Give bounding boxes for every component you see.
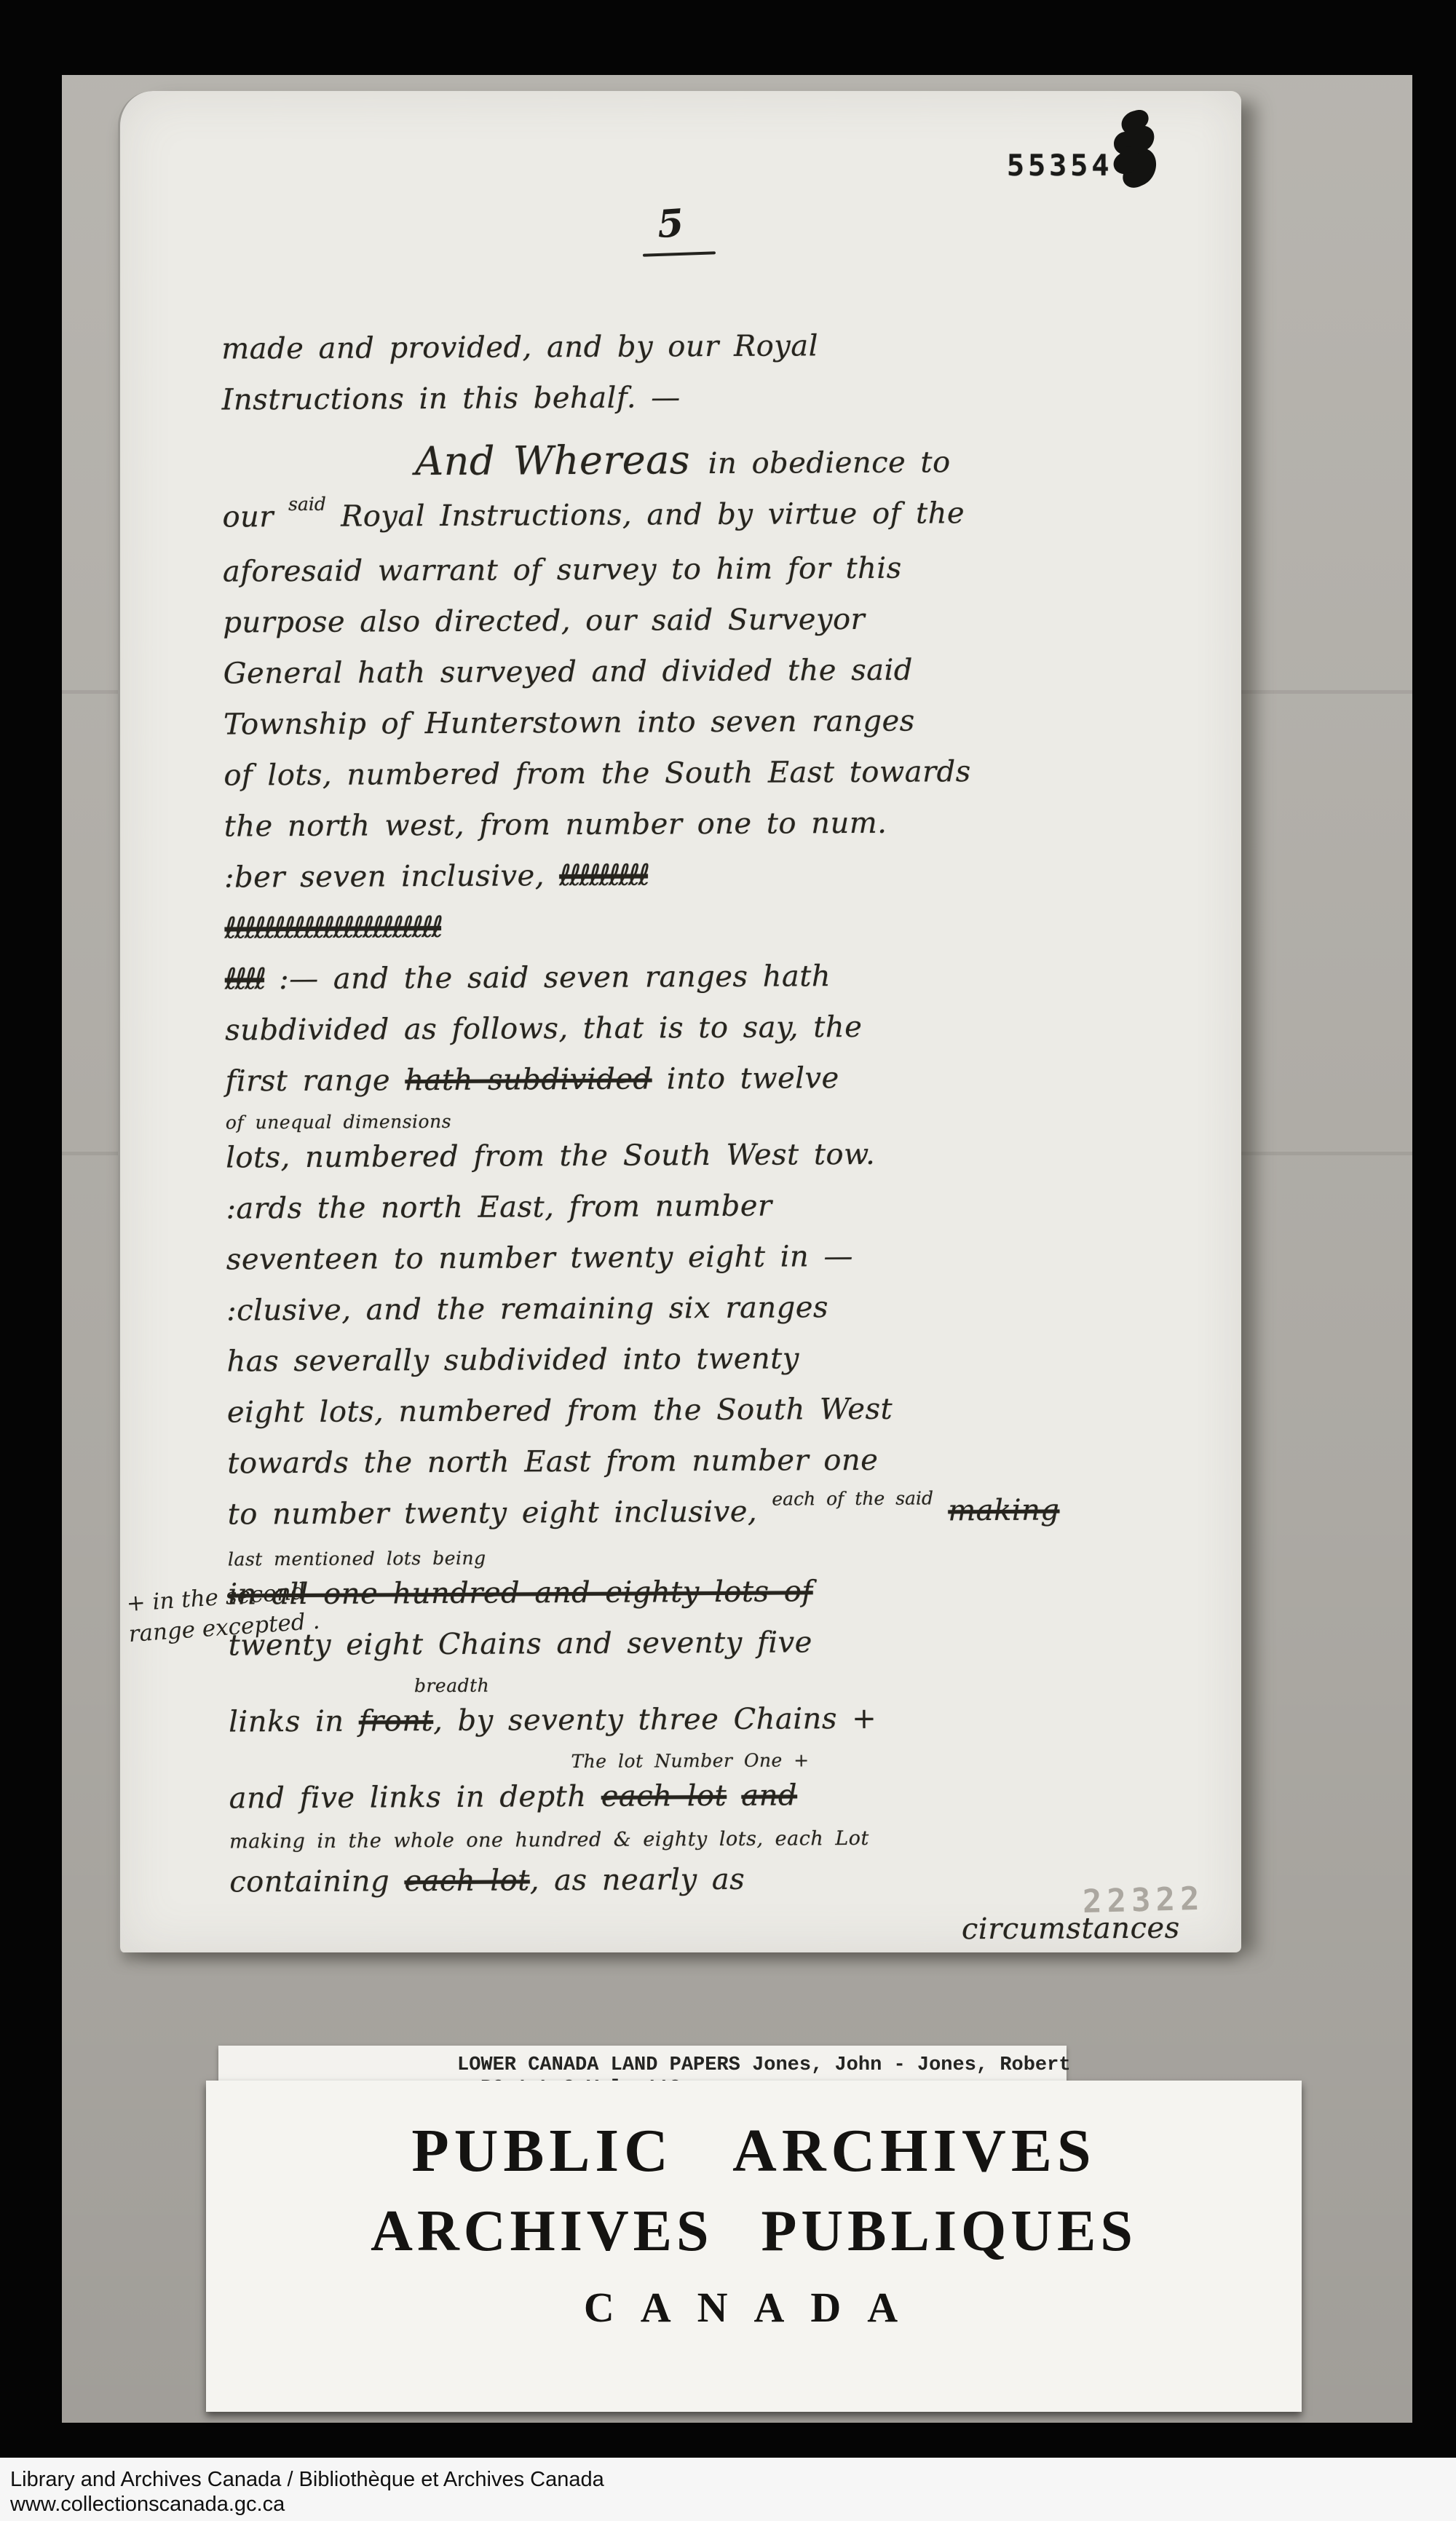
manuscript-line: And Whereas in obedience to [415, 432, 1201, 491]
manuscript-line: Instructions in this behalf. — [221, 369, 1200, 425]
manuscript-line: Township of Hunterstown into seven range… [223, 694, 1203, 750]
page-number: 5 [656, 201, 685, 247]
manuscript-line: circumstances [230, 1902, 1209, 1958]
manuscript-line: eight lots, numbered from the South West [227, 1382, 1206, 1438]
label-line-1: LOWER CANADA LAND PAPERS Jones, John - J… [457, 2054, 1071, 2076]
manuscript-line: our said Royal Instructions, and by virt… [222, 486, 1201, 546]
ink-blot-icon [1107, 108, 1164, 198]
page-number-underline [643, 251, 716, 256]
manuscript-line: to number twenty eight inclusive, each o… [228, 1484, 1207, 1543]
manuscript-line: links in front, by seventy three Chains … [229, 1691, 1208, 1747]
stamp-line-public-archives: PUBLIC ARCHIVES [206, 2116, 1302, 2186]
manuscript-line: purpose also directed, our said Surveyor [223, 592, 1202, 648]
manuscript-line: making in the whole one hundred & eighty… [229, 1818, 1208, 1856]
manuscript-line: and five links in depth each lot and [229, 1768, 1208, 1824]
manuscript-line: General hath surveyed and divided the sa… [223, 643, 1202, 699]
manuscript-line: ℓℓℓℓℓℓℓℓℓℓℓℓℓℓℓℓℓℓℓℓℓℓ [224, 898, 1203, 954]
public-archives-stamp-card: PUBLIC ARCHIVES ARCHIVES PUBLIQUES CANAD… [206, 2081, 1302, 2412]
manuscript-line: aforesaid warrant of survey to him for t… [223, 541, 1202, 597]
manuscript-line: in all one hundred and eighty lots of [228, 1564, 1207, 1620]
manuscript-line: ℓℓℓℓ :— and the said seven ranges hath [225, 949, 1204, 1005]
manuscript-line: :ber seven inclusive, ℓℓℓℓℓℓℓℓℓ [224, 847, 1203, 903]
manuscript-line: :clusive, and the remaining six ranges [226, 1280, 1206, 1336]
manuscript-lines: made and provided, and by our RoyalInstr… [221, 318, 1209, 1958]
manuscript-line: of lots, numbered from the South East to… [223, 745, 1203, 801]
footer-institution-name: Library and Archives Canada / Bibliothèq… [10, 2468, 604, 2492]
manuscript-page: 55354 5 made and provided, and by our Ro… [118, 91, 1241, 1952]
manuscript-line: has severally subdivided into twenty [226, 1331, 1206, 1387]
footer-website-url: www.collectionscanada.gc.ca [10, 2493, 285, 2517]
scanned-document-viewport: 55354 5 made and provided, and by our Ro… [0, 0, 1456, 2521]
manuscript-line: seventeen to number twenty eight in — [226, 1229, 1206, 1285]
manuscript-line: first range hath subdivided into twelve [225, 1050, 1204, 1107]
manuscript-line: the north west, from number one to num. [224, 796, 1203, 852]
manuscript-line: twenty eight Chains and seventy five [228, 1615, 1207, 1671]
manuscript-line: towards the north East from number one [227, 1433, 1206, 1489]
manuscript-line: :ards the north East, from number [226, 1178, 1205, 1234]
ghost-number-stamp: 22322 [1082, 1880, 1205, 1920]
archive-number-stamp: 55354 [1007, 149, 1112, 183]
stamp-line-canada: CANADA [206, 2283, 1302, 2332]
manuscript-line: lots, numbered from the South West tow. [226, 1127, 1205, 1183]
stamp-line-archives-publiques: ARCHIVES PUBLIQUES [206, 2199, 1302, 2265]
manuscript-line: containing each lot, as nearly as [229, 1851, 1208, 1907]
footer-bar: Library and Archives Canada / Bibliothèq… [0, 2458, 1456, 2521]
manuscript-line: made and provided, and by our Royal [221, 318, 1200, 374]
manuscript-line: subdivided as follows, that is to say, t… [225, 1000, 1204, 1056]
